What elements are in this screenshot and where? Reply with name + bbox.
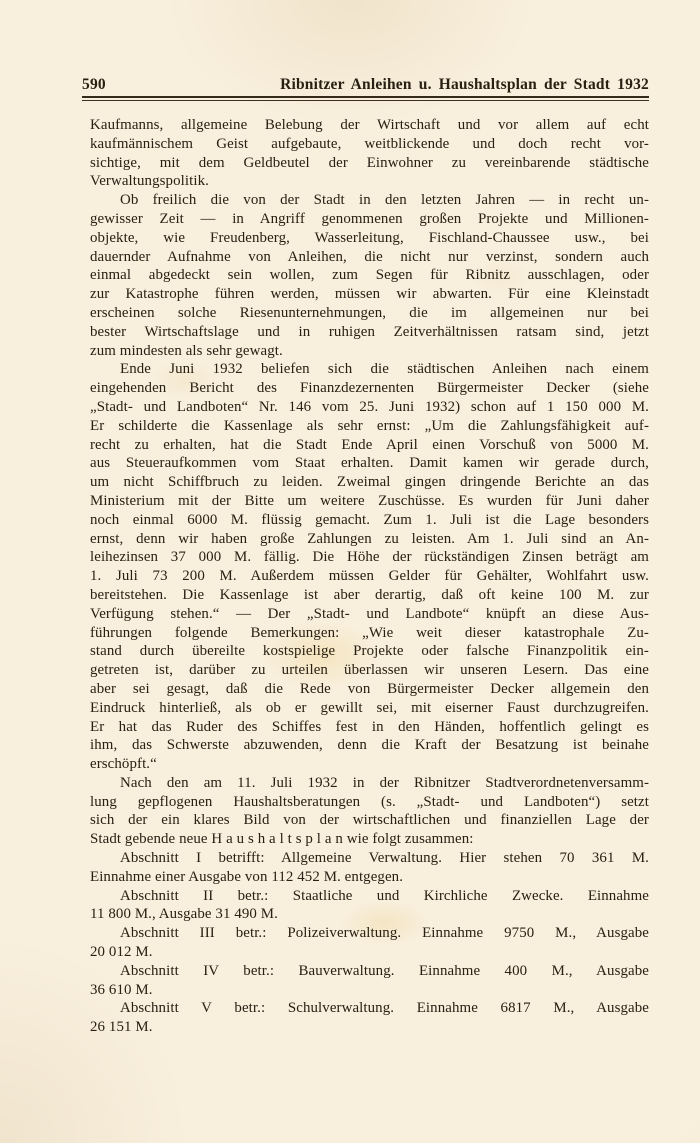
text-line: noch einmal 6000 M. flüssig gemacht. Zum… bbox=[90, 511, 649, 530]
scanned-page: 590 Ribnitzer Anleihen u. Haushaltsplan … bbox=[0, 0, 700, 1143]
text-line: eingehenden Bericht des Finanzdezernente… bbox=[90, 379, 649, 398]
paragraph: Ende Juni 1932 beliefen sich die städtis… bbox=[90, 360, 649, 774]
text-line: objekte, wie Freudenberg, Wasserleitung,… bbox=[90, 229, 649, 248]
text-line: 36 610 M. bbox=[90, 981, 649, 1000]
page-number: 590 bbox=[82, 76, 106, 93]
text-line: Abschnitt I betrifft: Allgemeine Verwalt… bbox=[90, 849, 649, 868]
text-line: „Stadt- und Landboten“ Nr. 146 vom 25. J… bbox=[90, 398, 649, 417]
text-line: lung gepflogenen Haushaltsberatungen (s.… bbox=[90, 793, 649, 812]
text-line: ihm, das Schwerste abzuwenden, denn die … bbox=[90, 736, 649, 755]
text-line: sichtige, mit dem Geldbeutel der Einwohn… bbox=[90, 154, 649, 173]
page-body: Kaufmanns, allgemeine Belebung der Wirts… bbox=[82, 116, 649, 1037]
text-line: 1. Juli 73 200 M. Außerdem müssen Gelder… bbox=[90, 567, 649, 586]
paragraph: Abschnitt IV betr.: Bauverwaltung. Einna… bbox=[90, 962, 649, 1000]
paragraph: Nach den am 11. Juli 1932 in der Ribnitz… bbox=[90, 774, 649, 849]
text-line: Stadt gebende neue H a u s h a l t s p l… bbox=[90, 830, 649, 849]
text-line: zum mindesten als sehr gewagt. bbox=[90, 342, 649, 361]
paragraph: Abschnitt I betrifft: Allgemeine Verwalt… bbox=[90, 849, 649, 887]
text-line: Kaufmanns, allgemeine Belebung der Wirts… bbox=[90, 116, 649, 135]
text-line: bereitstehen. Die Kassenlage ist aber de… bbox=[90, 586, 649, 605]
text-line: aus Steueraufkommen vom Staat erhalten. … bbox=[90, 454, 649, 473]
paragraph: Kaufmanns, allgemeine Belebung der Wirts… bbox=[90, 116, 649, 191]
text-line: Er schilderte die Kassenlage als sehr er… bbox=[90, 417, 649, 436]
text-line: kaufmännischem Geist aufgebaute, weitbli… bbox=[90, 135, 649, 154]
text-line: getreten ist, darüber zu urteilen überla… bbox=[90, 661, 649, 680]
text-line: recht zu erhalten, hat die Stadt Ende Ap… bbox=[90, 436, 649, 455]
text-line: Ministerium mit der Bitte um weitere Zus… bbox=[90, 492, 649, 511]
text-line: stand durch übereilte kostspielige Proje… bbox=[90, 642, 649, 661]
paragraph: Abschnitt III betr.: Polizeiverwaltung. … bbox=[90, 924, 649, 962]
text-line: gewisser Zeit — in Angriff genommenen gr… bbox=[90, 210, 649, 229]
text-line: bester Wirtschaftslage und in ruhigen Ze… bbox=[90, 323, 649, 342]
paragraph: Abschnitt V betr.: Schulverwaltung. Einn… bbox=[90, 999, 649, 1037]
paragraph: Abschnitt II betr.: Staatliche und Kirch… bbox=[90, 887, 649, 925]
text-line: Verfügung stehen.“ — Der „Stadt- und Lan… bbox=[90, 605, 649, 624]
text-line: einmal abgedeckt sein wollen, zum Segen … bbox=[90, 266, 649, 285]
text-line: 26 151 M. bbox=[90, 1018, 649, 1037]
text-line: leihezinsen 37 000 M. fällig. Die Höhe d… bbox=[90, 548, 649, 567]
text-line: um nicht Schiffbruch zu leiden. Zweimal … bbox=[90, 473, 649, 492]
text-line: ernst, denn wir haben große Zahlungen zu… bbox=[90, 530, 649, 549]
running-title: Ribnitzer Anleihen u. Haushaltsplan der … bbox=[280, 76, 649, 93]
page-content: 590 Ribnitzer Anleihen u. Haushaltsplan … bbox=[82, 76, 649, 1037]
text-line: zur Katastrophe führen werden, müssen wi… bbox=[90, 285, 649, 304]
text-line: erschöpft.“ bbox=[90, 755, 649, 774]
text-line: erscheinen solche Riesenunternehmungen, … bbox=[90, 304, 649, 323]
text-line: aber sei gesagt, daß die Rede von Bürger… bbox=[90, 680, 649, 699]
text-line: Verwaltungspolitik. bbox=[90, 172, 649, 191]
text-line: Ende Juni 1932 beliefen sich die städtis… bbox=[90, 360, 649, 379]
paragraph: Ob freilich die von der Stadt in den let… bbox=[90, 191, 649, 360]
text-line: 20 012 M. bbox=[90, 943, 649, 962]
text-line: führungen folgende Bemerkungen: „Wie wei… bbox=[90, 624, 649, 643]
page-header: 590 Ribnitzer Anleihen u. Haushaltsplan … bbox=[82, 76, 649, 93]
text-line: Er hat das Ruder des Schiffes fest in de… bbox=[90, 718, 649, 737]
text-line: Abschnitt II betr.: Staatliche und Kirch… bbox=[90, 887, 649, 906]
text-line: dauernder Aufnahme von Anleihen, die nic… bbox=[90, 248, 649, 267]
text-line: Eindruck hinterließ, als ob er gewillt s… bbox=[90, 699, 649, 718]
text-line: 11 800 M., Ausgabe 31 490 M. bbox=[90, 905, 649, 924]
text-line: sich der ein klares Bild von der wirtsch… bbox=[90, 811, 649, 830]
text-line: Ob freilich die von der Stadt in den let… bbox=[90, 191, 649, 210]
text-line: Einnahme einer Ausgabe von 112 452 M. en… bbox=[90, 868, 649, 887]
text-line: Abschnitt V betr.: Schulverwaltung. Einn… bbox=[90, 999, 649, 1018]
text-line: Abschnitt IV betr.: Bauverwaltung. Einna… bbox=[90, 962, 649, 981]
text-line: Nach den am 11. Juli 1932 in der Ribnitz… bbox=[90, 774, 649, 793]
header-rule bbox=[82, 96, 649, 101]
text-line: Abschnitt III betr.: Polizeiverwaltung. … bbox=[90, 924, 649, 943]
